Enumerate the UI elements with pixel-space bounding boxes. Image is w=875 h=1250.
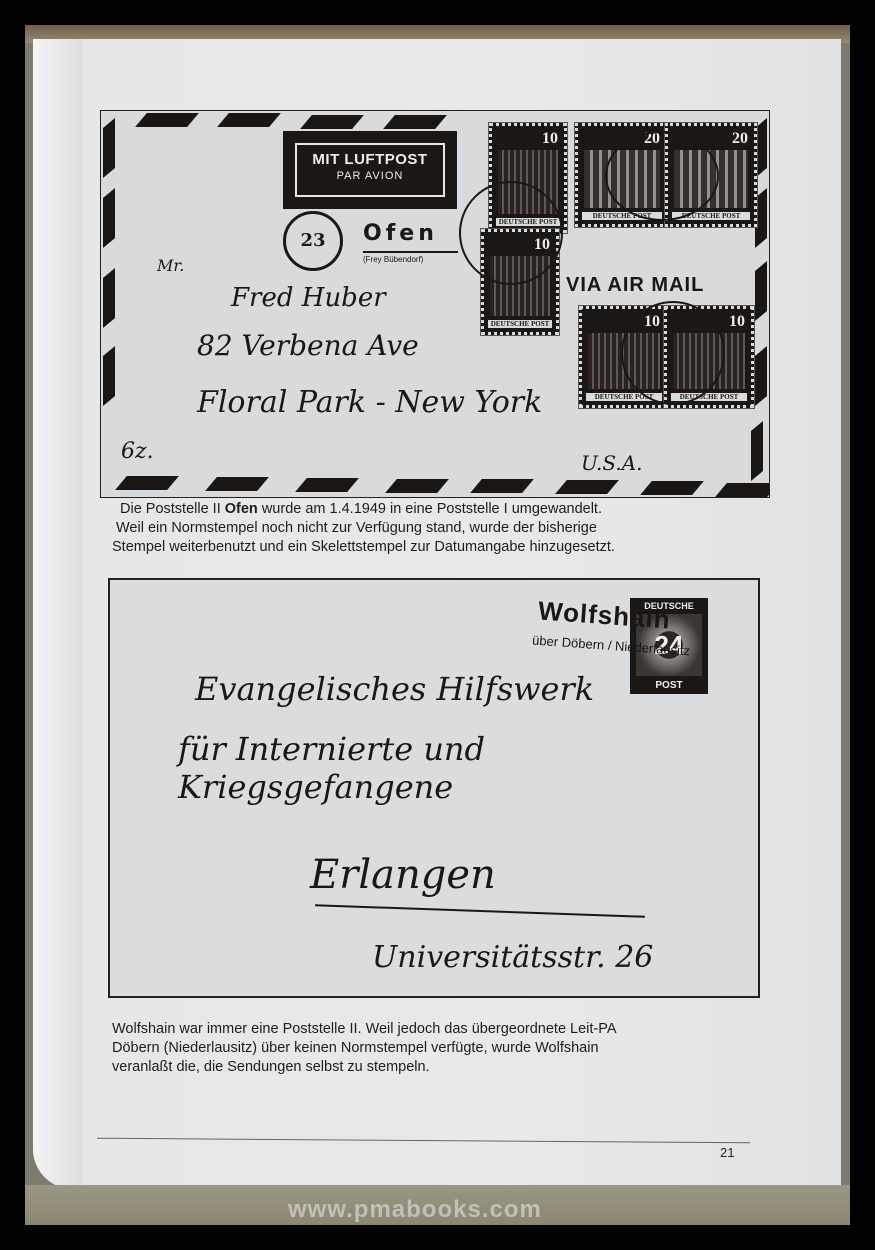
airmail-stripe	[103, 118, 115, 178]
ofen-cancel-sub: (Frey Bübendorf)	[363, 251, 458, 264]
airmail-stripe	[640, 481, 704, 495]
watermark: www.pmabooks.com	[288, 1196, 542, 1224]
airmail-stripe	[103, 268, 115, 328]
ofen-cancel: Ofen	[363, 221, 438, 246]
circle-number-mark: 23	[283, 211, 343, 271]
address-line3: Erlangen	[310, 852, 496, 898]
airmail-cover-image: MIT LUFTPOST PAR AVION 23 Ofen (Frey Büb…	[100, 110, 770, 498]
via-air-mail-label: VIA AIR MAIL	[566, 274, 704, 297]
airmail-stripe	[205, 477, 269, 491]
airmail-stripe	[135, 113, 199, 127]
caption-text: Weil ein Normstempel noch nicht zur Verf…	[110, 519, 770, 538]
airmail-stripe	[103, 346, 115, 406]
airmail-stripe	[383, 115, 447, 129]
airmail-stripe	[555, 480, 619, 494]
postmark-circle	[605, 131, 719, 221]
address-underline	[315, 904, 645, 918]
airmail-stripe	[300, 115, 364, 129]
luftpost-label: MIT LUFTPOST PAR AVION	[283, 131, 457, 209]
airmail-stripe	[385, 479, 449, 493]
airmail-stripe	[295, 478, 359, 492]
page-curl	[33, 39, 83, 1189]
caption-wolfshain: Wolfshain war immer eine Poststelle II. …	[112, 1020, 732, 1077]
caption-text: veranlaßt die, die Sendungen selbst zu s…	[112, 1058, 732, 1077]
airmail-stripe	[217, 113, 281, 127]
caption-bold-ofen: Ofen	[225, 501, 258, 517]
caption-text: wurde am 1.4.1949 in eine Poststelle I u…	[258, 501, 602, 517]
postmark-circle	[621, 301, 725, 405]
caption-text: Döbern (Niederlausitz) über keinen Norms…	[112, 1039, 732, 1058]
address-line4: Universitätsstr. 26	[372, 940, 653, 975]
postmark-circle	[459, 181, 563, 285]
airmail-stripe	[751, 421, 763, 481]
airmail-stripe	[715, 483, 770, 497]
luftpost-label-line2: PAR AVION	[297, 170, 443, 182]
airmail-stripe	[103, 188, 115, 248]
wolfshain-cover-image: DEUTSCHE 24 POST Wolfshain über Döbern /…	[108, 578, 760, 998]
address-salutation: Mr.	[157, 256, 184, 275]
caption-text: Stempel weiterbenutzt und ein Skelettste…	[110, 538, 770, 557]
luftpost-label-line1: MIT LUFTPOST	[297, 151, 443, 168]
airmail-stripe	[470, 479, 534, 493]
address-line3: Floral Park - New York	[197, 385, 542, 420]
caption-ofen: Die Poststelle II Ofen wurde am 1.4.1949…	[110, 500, 770, 557]
caption-text: Die Poststelle II	[120, 501, 225, 517]
address-line2: für Internierte und Kriegsgefangene	[178, 730, 758, 806]
address-line1: Evangelisches Hilfswerk	[195, 670, 594, 708]
airmail-stripe	[755, 261, 767, 321]
airmail-stripe	[755, 346, 767, 406]
airmail-stripe	[115, 476, 179, 490]
address-line2: 82 Verbena Ave	[197, 329, 419, 362]
address-note: 6z.	[121, 439, 154, 464]
address-line1: Fred Huber	[231, 283, 386, 313]
page-number: 21	[720, 1145, 734, 1160]
caption-text: Wolfshain war immer eine Poststelle II. …	[112, 1020, 732, 1039]
address-country: U.S.A.	[581, 451, 643, 475]
